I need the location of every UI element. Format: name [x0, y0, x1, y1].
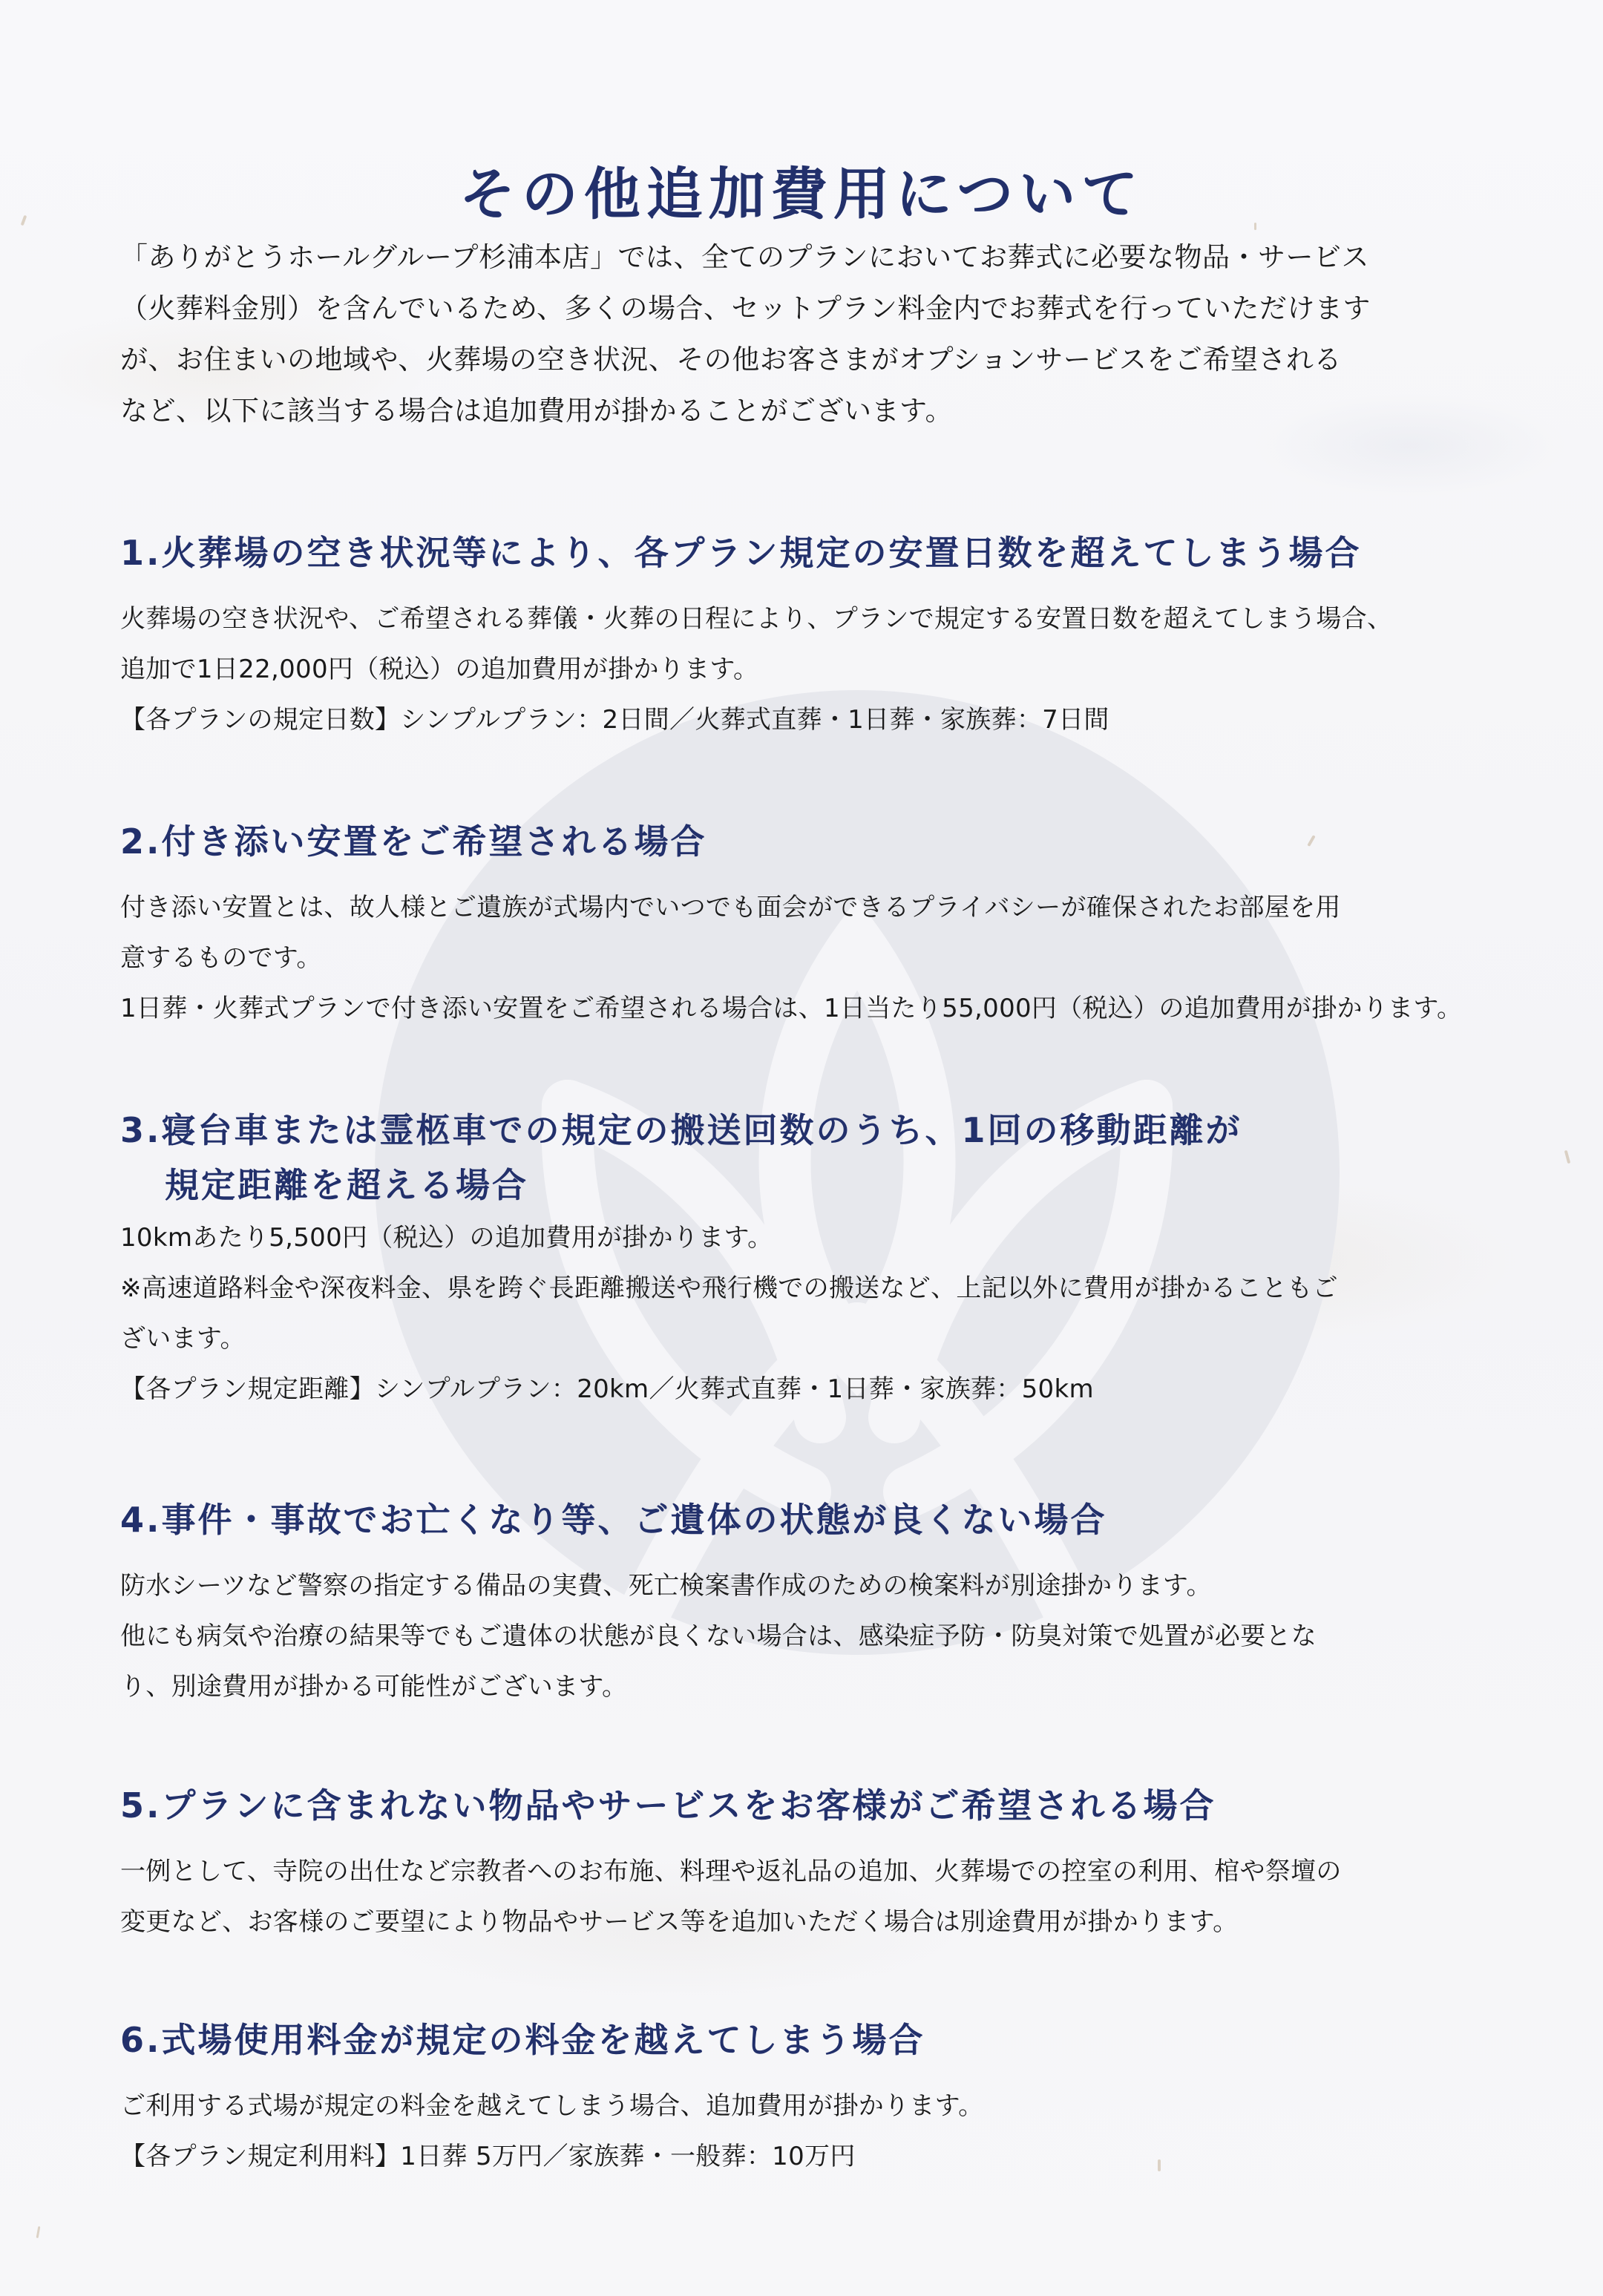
section-heading: 1.火葬場の空き状況等により、各プラン規定の安置日数を超えてしまう場合: [120, 525, 1515, 580]
intro-line: が、お住まいの地域や、火葬場の空き状況、その他お客さまがオプションサービスをご希…: [120, 334, 1501, 385]
section-text: 防水シーツなど警察の指定する備品の実費、死亡検案書作成のための検案料が別途掛かり…: [120, 1561, 1515, 1611]
section-text: 追加で1日22,000円（税込）の追加費用が掛かります。: [120, 644, 1515, 695]
section-text: 変更など、お客様のご要望により物品やサービス等を追加いただく場合は別途費用が掛か…: [120, 1897, 1515, 1947]
section-heading: 2.付き添い安置をご希望される場合: [120, 814, 1515, 869]
section-text: 1日葬・火葬式プランで付き添い安置をご希望される場合は、1日当たり55,000円…: [120, 983, 1515, 1034]
section-text: ざいます。: [120, 1313, 1515, 1364]
section-heading-line: 規定距離を超える場合: [120, 1158, 1515, 1213]
section-heading: 3.寝台車または霊柩車での規定の搬送回数のうち、1回の移動距離が 規定距離を超え…: [120, 1103, 1515, 1213]
section-text: 10kmあたり5,500円（税込）の追加費用が掛かります。: [120, 1213, 1515, 1263]
page-title: その他追加費用について: [0, 149, 1603, 230]
section-4: 4.事件・事故でお亡くなり等、ご遺体の状態が良くない場合 防水シーツなど警察の指…: [120, 1492, 1515, 1712]
section-heading: 5.プランに含まれない物品やサービスをお客様がご希望される場合: [120, 1778, 1515, 1833]
section-6: 6.式場使用料金が規定の料金を越えてしまう場合 ご利用する式場が規定の料金を越え…: [120, 2013, 1515, 2182]
section-heading: 6.式場使用料金が規定の料金を越えてしまう場合: [120, 2013, 1515, 2067]
section-text: ご利用する式場が規定の料金を越えてしまう場合、追加費用が掛かります。: [120, 2081, 1515, 2131]
section-text: 【各プラン規定利用料】1日葬 5万円／家族葬・一般葬：10万円: [120, 2131, 1515, 2182]
intro-line: 「ありがとうホールグループ杉浦本店」では、全てのプランにおいてお葬式に必要な物品…: [120, 232, 1501, 283]
section-text: 【各プラン規定距離】シンプルプラン：20km／火葬式直葬・1日葬・家族葬：50k…: [120, 1364, 1515, 1414]
section-text: り、別途費用が掛かる可能性がございます。: [120, 1662, 1515, 1712]
section-text: ※高速道路料金や深夜料金、県を跨ぐ長距離搬送や飛行機での搬送など、上記以外に費用…: [120, 1263, 1515, 1313]
section-text: 一例として、寺院の出仕など宗教者へのお布施、料理や返礼品の追加、火葬場での控室の…: [120, 1846, 1515, 1897]
section-text: 付き添い安置とは、故人様とご遺族が式場内でいつでも面会ができるプライバシーが確保…: [120, 882, 1515, 933]
section-heading: 4.事件・事故でお亡くなり等、ご遺体の状態が良くない場合: [120, 1492, 1515, 1547]
section-1: 1.火葬場の空き状況等により、各プラン規定の安置日数を超えてしまう場合 火葬場の…: [120, 525, 1515, 745]
section-5: 5.プランに含まれない物品やサービスをお客様がご希望される場合 一例として、寺院…: [120, 1778, 1515, 1947]
section-text: 火葬場の空き状況や、ご希望される葬儀・火葬の日程により、プランで規定する安置日数…: [120, 594, 1515, 644]
intro-line: など、以下に該当する場合は追加費用が掛かることがございます。: [120, 385, 1501, 436]
intro-paragraph: 「ありがとうホールグループ杉浦本店」では、全てのプランにおいてお葬式に必要な物品…: [120, 232, 1501, 436]
paper-fiber: [36, 2226, 41, 2238]
section-text: 【各プランの規定日数】シンプルプラン：2日間／火葬式直葬・1日葬・家族葬：7日間: [120, 695, 1515, 745]
section-2: 2.付き添い安置をご希望される場合 付き添い安置とは、故人様とご遺族が式場内でい…: [120, 814, 1515, 1034]
paper-fiber: [1564, 1150, 1571, 1164]
section-text: 意するものです。: [120, 933, 1515, 983]
intro-line: （火葬料金別）を含んでいるため、多くの場合、セットプラン料金内でお葬式を行ってい…: [120, 283, 1501, 334]
section-3: 3.寝台車または霊柩車での規定の搬送回数のうち、1回の移動距離が 規定距離を超え…: [120, 1103, 1515, 1414]
section-text: 他にも病気や治療の結果等でもご遺体の状態が良くない場合は、感染症予防・防臭対策で…: [120, 1611, 1515, 1662]
section-heading-line: 3.寝台車または霊柩車での規定の搬送回数のうち、1回の移動距離が: [120, 1110, 1242, 1150]
